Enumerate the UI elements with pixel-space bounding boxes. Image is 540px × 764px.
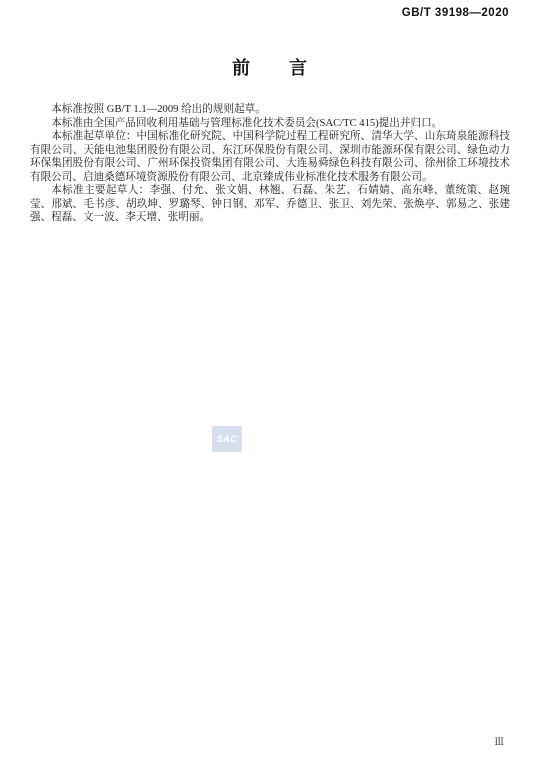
sac-watermark-label: SAC bbox=[217, 434, 238, 444]
standard-number: GB/T 39198—2020 bbox=[402, 7, 509, 19]
sac-watermark-icon: SAC bbox=[212, 426, 242, 452]
page-number: Ⅲ bbox=[494, 737, 504, 748]
page-title: 前 言 bbox=[0, 54, 540, 80]
paragraph-proposing-committee: 本标准由全国产品回收利用基础与管理标准化技术委员会(SAC/TC 415)提出并… bbox=[30, 117, 510, 131]
document-page: GB/T 39198—2020 前 言 本标准按照 GB/T 1.1—2009 … bbox=[0, 0, 540, 764]
foreword-body: 本标准按照 GB/T 1.1—2009 给出的规则起草。 本标准由全国产品回收利… bbox=[30, 103, 510, 225]
paragraph-drafting-organizations: 本标准起草单位：中国标准化研究院、中国科学院过程工程研究所、清华大学、山东琦泉能… bbox=[30, 130, 510, 184]
paragraph-drafting-rules: 本标准按照 GB/T 1.1—2009 给出的规则起草。 bbox=[30, 103, 510, 117]
paragraph-main-drafters: 本标准主要起草人：李强、付允、张文娟、林翘、石磊、朱艺、石婧婧、高东峰、董统策、… bbox=[30, 184, 510, 225]
